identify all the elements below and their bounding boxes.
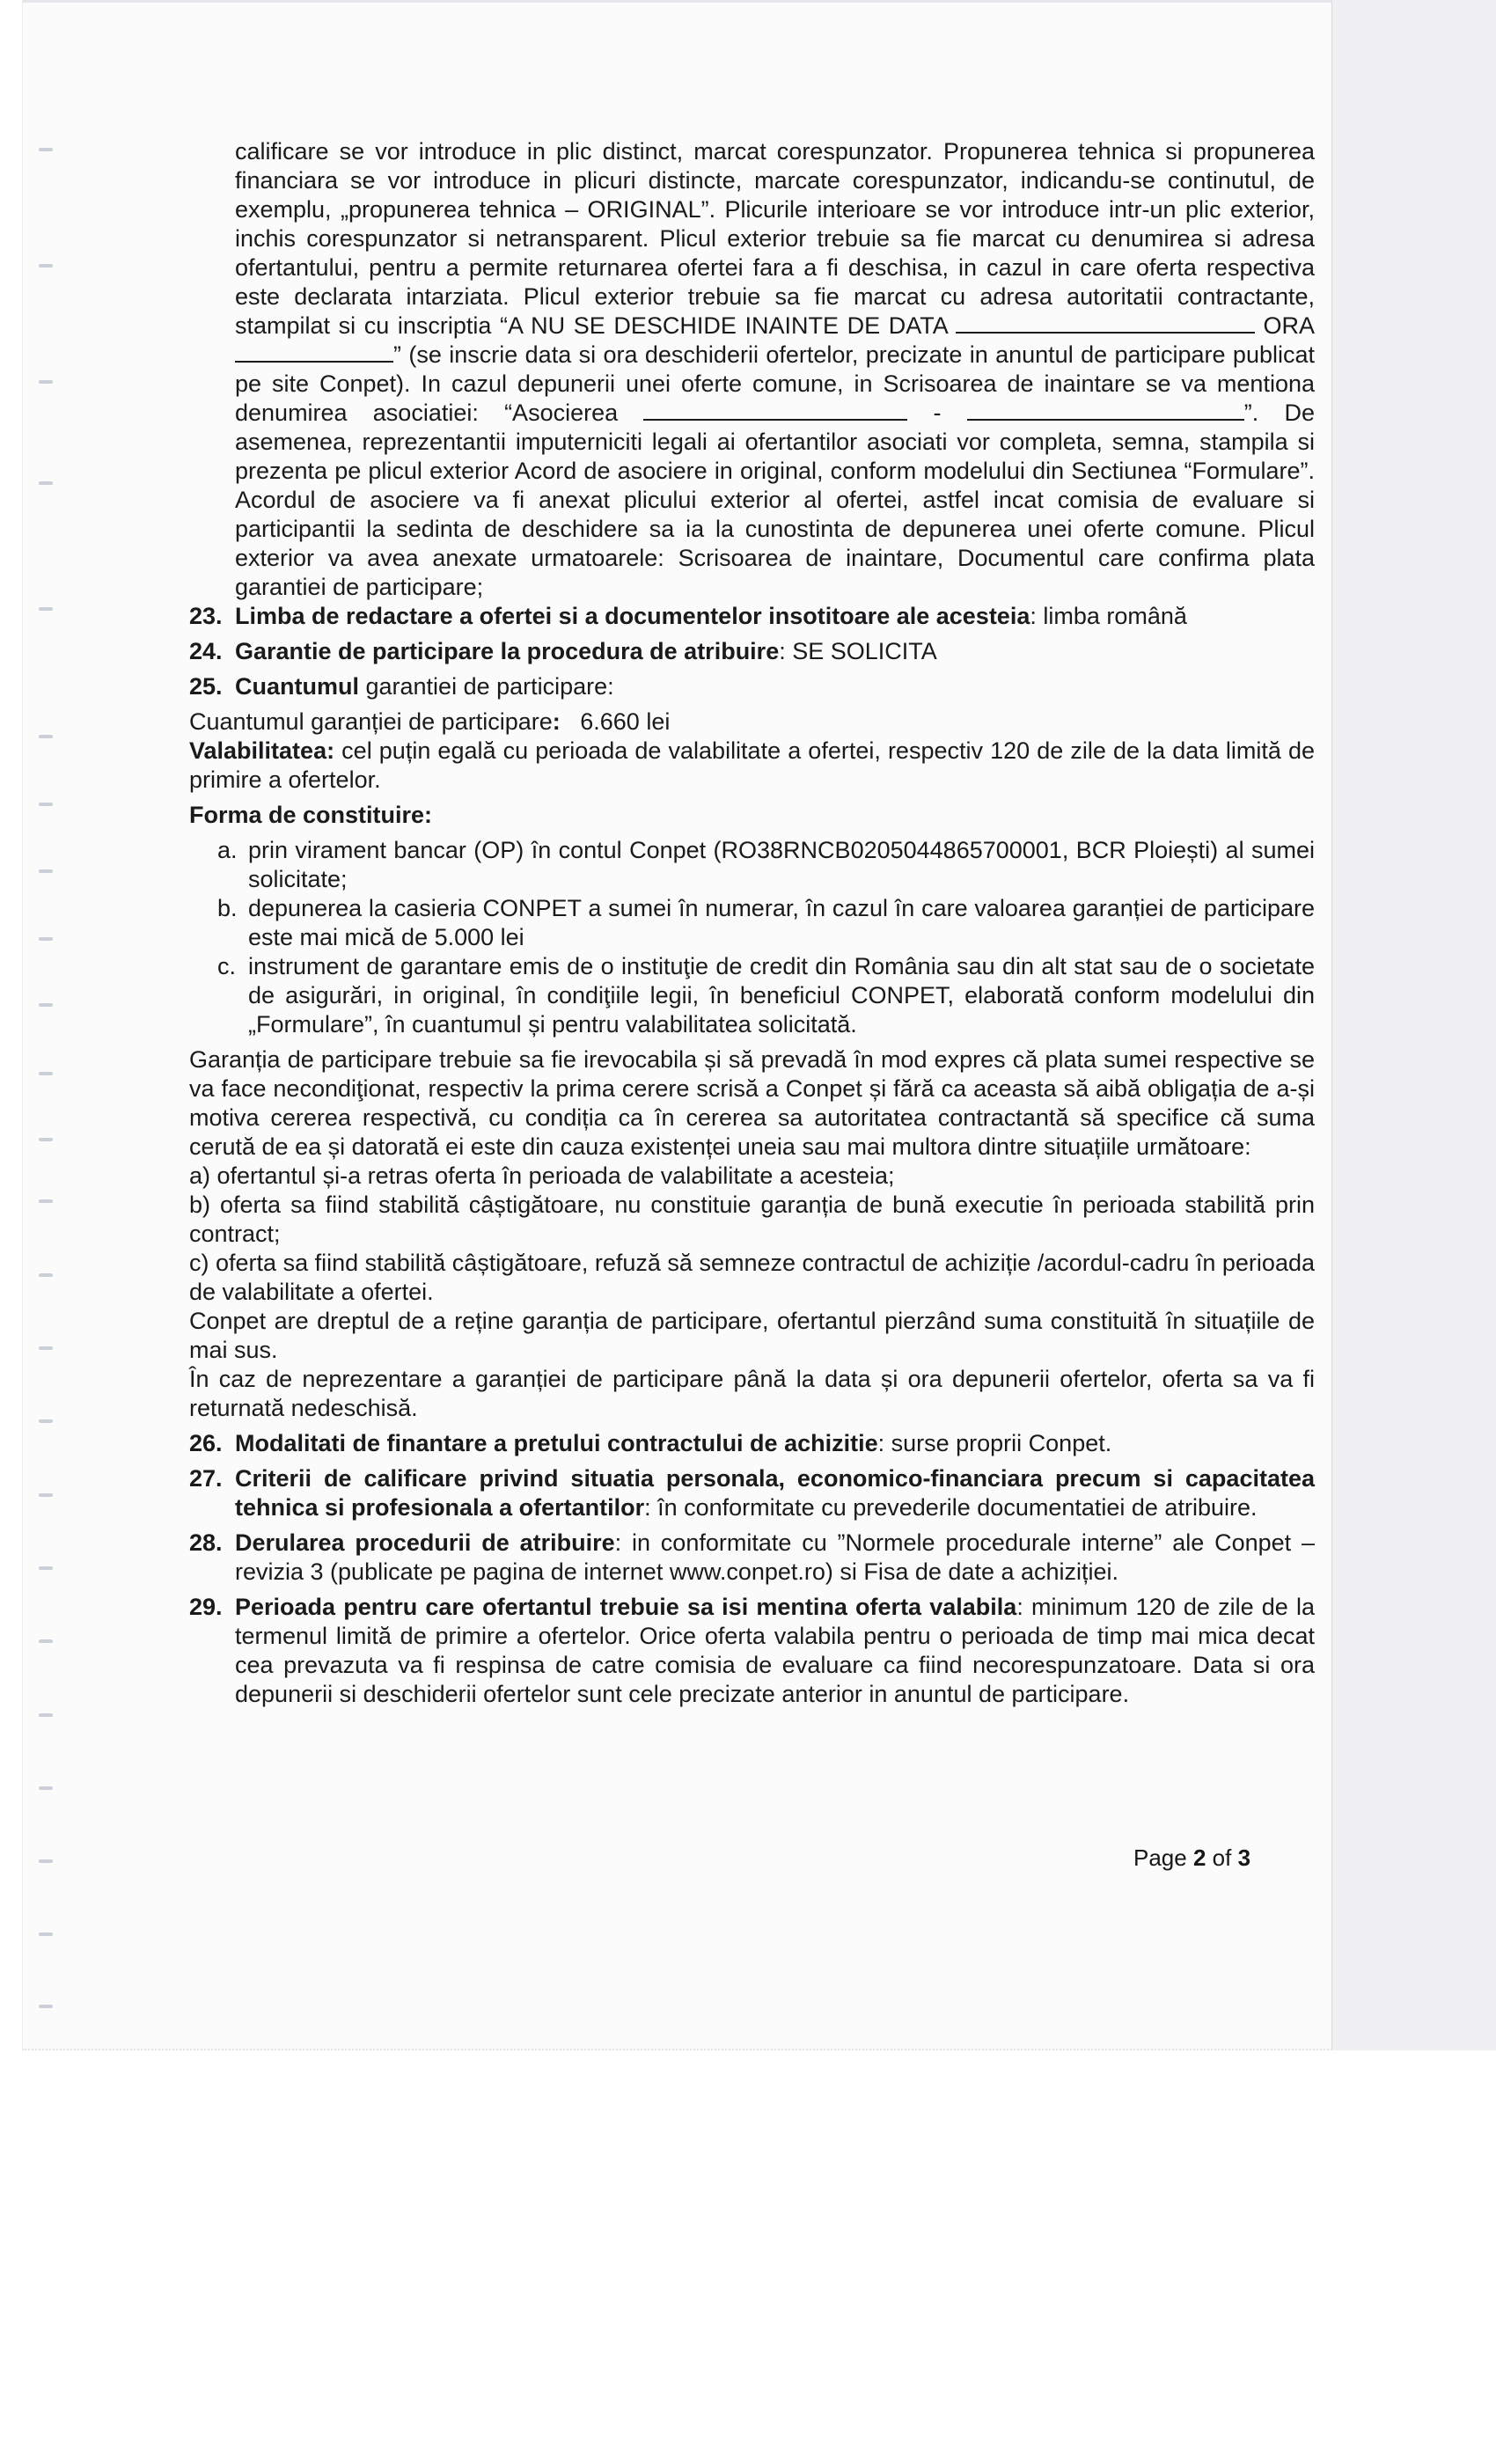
blank-underline (643, 401, 907, 421)
text-run: ORA (1255, 312, 1315, 339)
list-item-body: Garantie de participare la procedura de … (235, 638, 937, 664)
margin-dash-mark (39, 1566, 53, 1570)
text-run: cel puțin egală cu perioada de valabilit… (189, 737, 1315, 793)
text-run: : în conformitate cu prevederile documen… (644, 1494, 1257, 1521)
letter-item-b: b.depunerea la casieria CONPET a sumei î… (217, 894, 1315, 952)
text-run: Limba de redactare a ofertei si a docume… (235, 603, 1030, 629)
list-item-body: Criterii de calificare privind situatia … (235, 1465, 1315, 1521)
item-23: 23.Limba de redactare a ofertei si a doc… (189, 602, 1315, 631)
margin-dash-mark (39, 1786, 53, 1790)
margin-dash-mark (39, 937, 53, 941)
margin-dash-mark (39, 264, 53, 268)
list-number: 24. (189, 637, 223, 666)
scanner-background-right (1332, 0, 1496, 2050)
margin-dash-mark (39, 1199, 53, 1203)
text-run: instrument de garantare emis de o instit… (248, 953, 1315, 1038)
margin-dash-mark (39, 1932, 53, 1936)
form-of-constitution-heading: Forma de constituire: (189, 801, 1315, 830)
intro-paragraph: calificare se vor introduce in plic dist… (235, 137, 1315, 602)
text-run: Modalitati de finantare a pretului contr… (235, 1430, 878, 1456)
list-item-body: depunerea la casieria CONPET a sumei în … (248, 895, 1315, 950)
margin-dash-mark (39, 735, 53, 738)
item-26: 26.Modalitati de finantare a pretului co… (189, 1429, 1315, 1458)
text-run: calificare se vor introduce in plic dist… (235, 138, 1315, 339)
margin-dash-mark (39, 481, 53, 485)
item-25: 25.Cuantumul garantiei de participare: (189, 672, 1315, 701)
guarantee-irrevocable-paragraph: Garanția de participare trebuie sa fie i… (189, 1045, 1315, 1162)
text-run: Garanția de participare trebuie sa fie i… (189, 1046, 1315, 1160)
margin-dash-mark (39, 1273, 53, 1277)
item-28: 28.Derularea procedurii de atribuire: in… (189, 1529, 1315, 1587)
list-number: b. (217, 894, 238, 923)
retention-paragraph: Conpet are dreptul de a reține garanția … (189, 1307, 1315, 1365)
text-run: Perioada pentru care ofertantul trebuie … (235, 1594, 1016, 1620)
margin-dash-mark (39, 148, 53, 151)
text-run: : (553, 708, 561, 735)
text-run: prin virament bancar (OP) în contul Conp… (248, 837, 1315, 892)
text-run: ”. De asemenea, reprezentantii imputerni… (235, 400, 1315, 600)
situation-b-line: b) oferta sa fiind stabilită câștigătoar… (189, 1191, 1315, 1249)
list-number: 23. (189, 602, 223, 631)
text-run: Cuantumul (235, 673, 359, 700)
margin-dash-mark (39, 1138, 53, 1141)
margin-dash-mark (39, 1346, 53, 1350)
list-number: 25. (189, 672, 223, 701)
situation-a-line: a) ofertantul și-a retras oferta în peri… (189, 1162, 1315, 1191)
guarantee-amount-line: Cuantumul garanției de participare: 6.66… (189, 708, 1315, 737)
footer-total-pages: 3 (1238, 1844, 1250, 1871)
text-run: depunerea la casieria CONPET a sumei în … (248, 895, 1315, 950)
footer-word-of: of (1213, 1844, 1232, 1871)
list-number: c. (217, 952, 236, 981)
text-run: Forma de constituire: (189, 802, 432, 828)
list-item-body: Cuantumul garantiei de participare: (235, 673, 614, 700)
list-item-body: Derularea procedurii de atribuire: in co… (235, 1529, 1315, 1585)
text-run: : limba română (1030, 603, 1187, 629)
item-29: 29.Perioada pentru care ofertantul trebu… (189, 1593, 1315, 1709)
validity-line: Valabilitatea: cel puțin egală cu perioa… (189, 737, 1315, 795)
margin-dash-mark (39, 1859, 53, 1863)
item-27: 27.Criterii de calificare privind situat… (189, 1464, 1315, 1522)
text-run: : SE SOLICITA (779, 638, 937, 664)
blank-underline (967, 401, 1244, 421)
non-presentation-paragraph: În caz de neprezentare a garanției de pa… (189, 1365, 1315, 1423)
letter-item-c: c.instrument de garantare emis de o inst… (217, 952, 1315, 1039)
text-run: a) ofertantul și-a retras oferta în peri… (189, 1162, 894, 1189)
text-run: - (907, 400, 966, 426)
margin-dash-mark (39, 607, 53, 611)
text-run: c) oferta sa fiind stabilită câștigătoar… (189, 1250, 1315, 1305)
letter-item-a: a.prin virament bancar (OP) în contul Co… (217, 836, 1315, 894)
list-item-body: Modalitati de finantare a pretului contr… (235, 1430, 1111, 1456)
text-run: Garantie de participare la procedura de … (235, 638, 779, 664)
text-run: Conpet are dreptul de a reține garanția … (189, 1308, 1315, 1363)
margin-dash-mark (39, 1072, 53, 1075)
document-blocks: calificare se vor introduce in plic dist… (22, 0, 1332, 1709)
margin-dash-mark (39, 1639, 53, 1643)
margin-dash-mark (39, 803, 53, 806)
list-number: 27. (189, 1464, 223, 1493)
list-item-body: Perioada pentru care ofertantul trebuie … (235, 1594, 1315, 1707)
text-run: 6.660 lei (561, 708, 671, 735)
list-number: 28. (189, 1529, 223, 1558)
footer-current-page: 2 (1193, 1844, 1206, 1871)
situation-c-line: c) oferta sa fiind stabilită câștigătoar… (189, 1249, 1315, 1307)
text-run: Cuantumul garanției de participare (189, 708, 553, 735)
list-number: a. (217, 836, 238, 865)
text-run: Derularea procedurii de atribuire (235, 1529, 615, 1556)
list-number: 29. (189, 1593, 223, 1622)
list-item-body: prin virament bancar (OP) în contul Conp… (248, 837, 1315, 892)
list-item-body: instrument de garantare emis de o instit… (248, 953, 1315, 1038)
list-item-body: Limba de redactare a ofertei si a docume… (235, 603, 1187, 629)
margin-dash-mark (39, 2005, 53, 2008)
margin-dash-mark (39, 1713, 53, 1717)
text-run: Valabilitatea: (189, 737, 334, 764)
margin-dash-mark (39, 869, 53, 873)
text-run: garantiei de participare: (359, 673, 614, 700)
text-run: În caz de neprezentare a garanției de pa… (189, 1366, 1315, 1421)
item-24: 24.Garantie de participare la procedura … (189, 637, 1315, 666)
text-run: : surse proprii Conpet. (878, 1430, 1112, 1456)
margin-dash-mark (39, 1493, 53, 1497)
blank-underline (235, 343, 393, 363)
list-number: 26. (189, 1429, 223, 1458)
text-run: b) oferta sa fiind stabilită câștigătoar… (189, 1192, 1315, 1247)
margin-dash-mark (39, 1003, 53, 1007)
margin-dash-mark (39, 380, 53, 384)
blank-underline (956, 314, 1255, 334)
margin-dash-mark (39, 1419, 53, 1423)
page-footer: Page 2 of 3 (1133, 1844, 1250, 1872)
footer-word-page: Page (1133, 1844, 1187, 1871)
